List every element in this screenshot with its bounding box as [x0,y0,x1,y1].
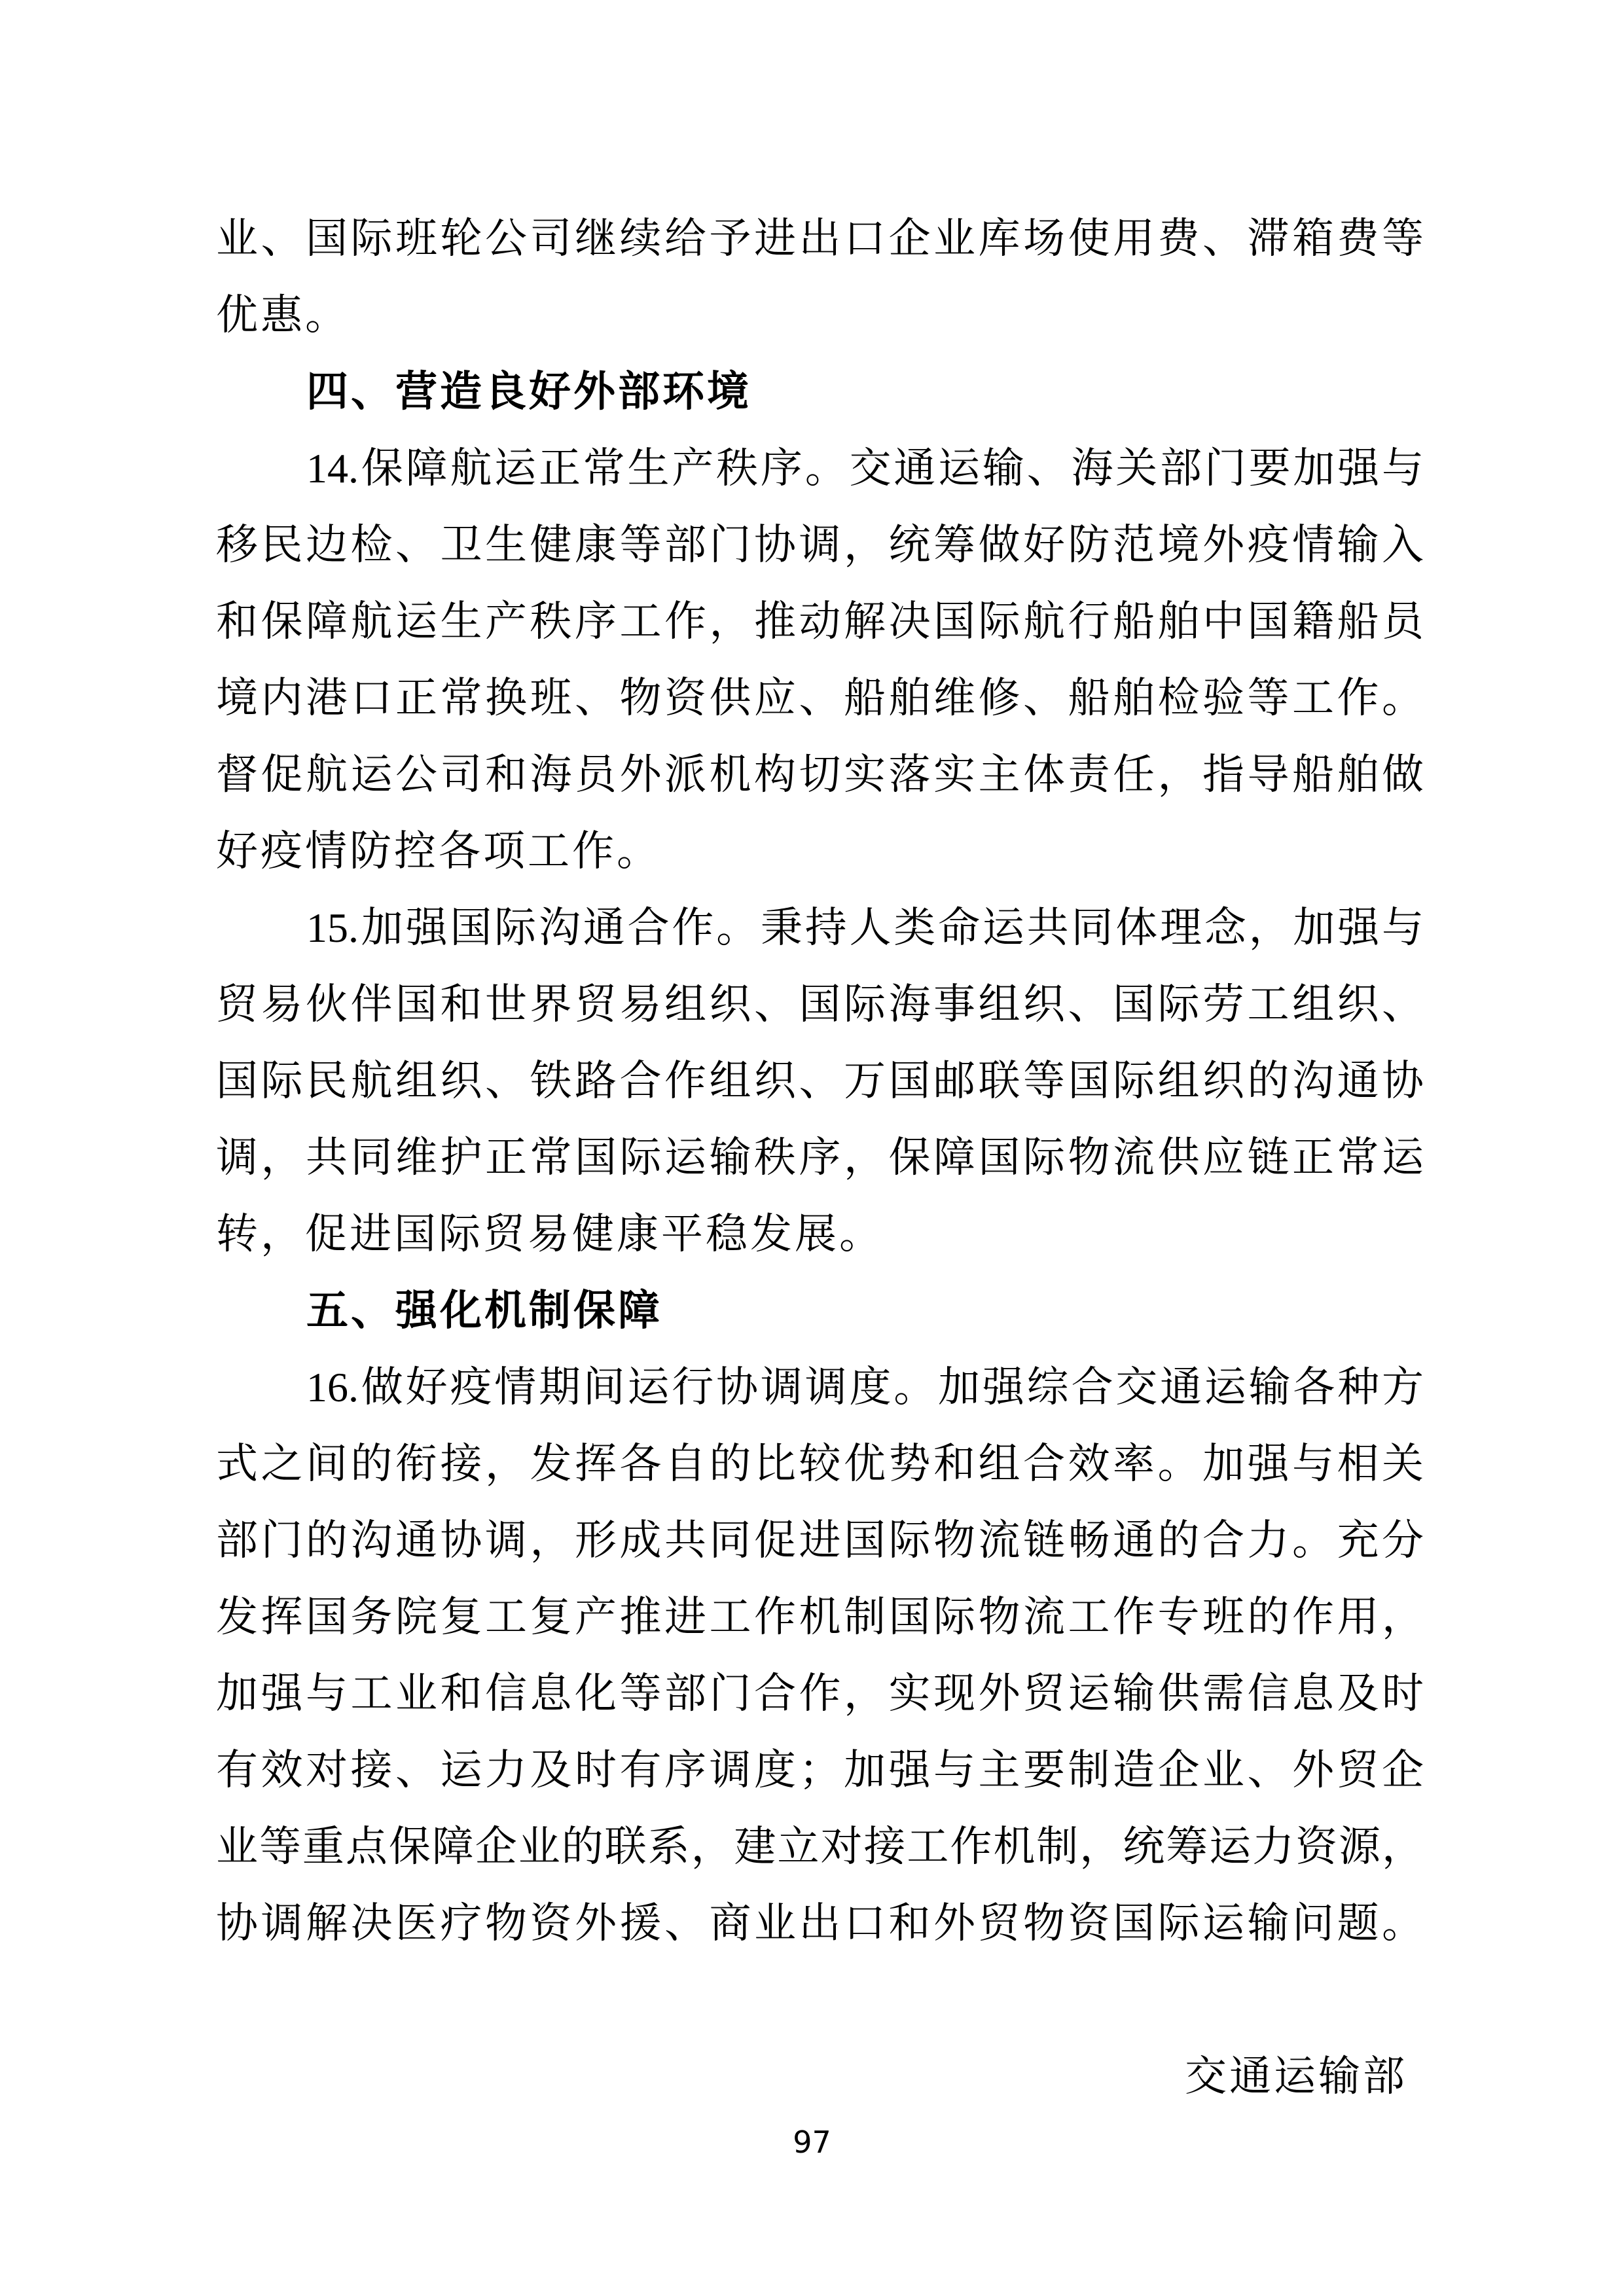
document-line: 境内港口正常换班、物资供应、船舶维修、船舶检验等工作。 [216,660,1424,736]
document-line: 部门的沟通协调，形成共同促进国际物流链畅通的合力。充分 [216,1502,1424,1579]
document-line: 业等重点保障企业的联系，建立对接工作机制，统筹运力资源， [216,1808,1424,1885]
document-page: 业、国际班轮公司继续给予进出口企业库场使用费、滞箱费等 优惠。 四、营造良好外部… [0,0,1624,2296]
document-line: 业、国际班轮公司继续给予进出口企业库场使用费、滞箱费等 [216,200,1424,277]
page-number: 97 [0,2123,1624,2162]
document-line: 优惠。 [216,277,1424,353]
section-heading: 五、强化机制保障 [216,1272,1424,1349]
document-line: 有效对接、运力及时有序调度；加强与主要制造企业、外贸企 [216,1732,1424,1808]
document-line: 16.做好疫情期间运行协调调度。加强综合交通运输各种方 [216,1349,1424,1426]
document-line: 式之间的衔接，发挥各自的比较优势和组合效率。加强与相关 [216,1426,1424,1502]
document-line: 国际民航组织、铁路合作组织、万国邮联等国际组织的沟通协 [216,1043,1424,1119]
document-body: 业、国际班轮公司继续给予进出口企业库场使用费、滞箱费等 优惠。 四、营造良好外部… [216,200,1424,2115]
document-line: 督促航运公司和海员外派机构切实落实主体责任，指导船舶做 [216,736,1424,813]
document-line: 转，促进国际贸易健康平稳发展。 [216,1196,1424,1272]
document-line: 协调解决医疗物资外援、商业出口和外贸物资国际运输问题。 [216,1885,1424,1962]
signature: 交通运输部 [216,2038,1424,2115]
document-line: 贸易伙伴国和世界贸易组织、国际海事组织、国际劳工组织、 [216,966,1424,1043]
document-line: 好疫情防控各项工作。 [216,813,1424,889]
document-line: 14.保障航运正常生产秩序。交通运输、海关部门要加强与 [216,430,1424,507]
document-line: 和保障航运生产秩序工作，推动解决国际航行船舶中国籍船员 [216,583,1424,660]
document-line: 加强与工业和信息化等部门合作，实现外贸运输供需信息及时 [216,1655,1424,1732]
document-line: 15.加强国际沟通合作。秉持人类命运共同体理念，加强与 [216,889,1424,966]
document-line: 移民边检、卫生健康等部门协调，统筹做好防范境外疫情输入 [216,507,1424,583]
document-line: 发挥国务院复工复产推进工作机制国际物流工作专班的作用， [216,1579,1424,1655]
document-line: 调，共同维护正常国际运输秩序，保障国际物流供应链正常运 [216,1119,1424,1196]
section-heading: 四、营造良好外部环境 [216,353,1424,430]
